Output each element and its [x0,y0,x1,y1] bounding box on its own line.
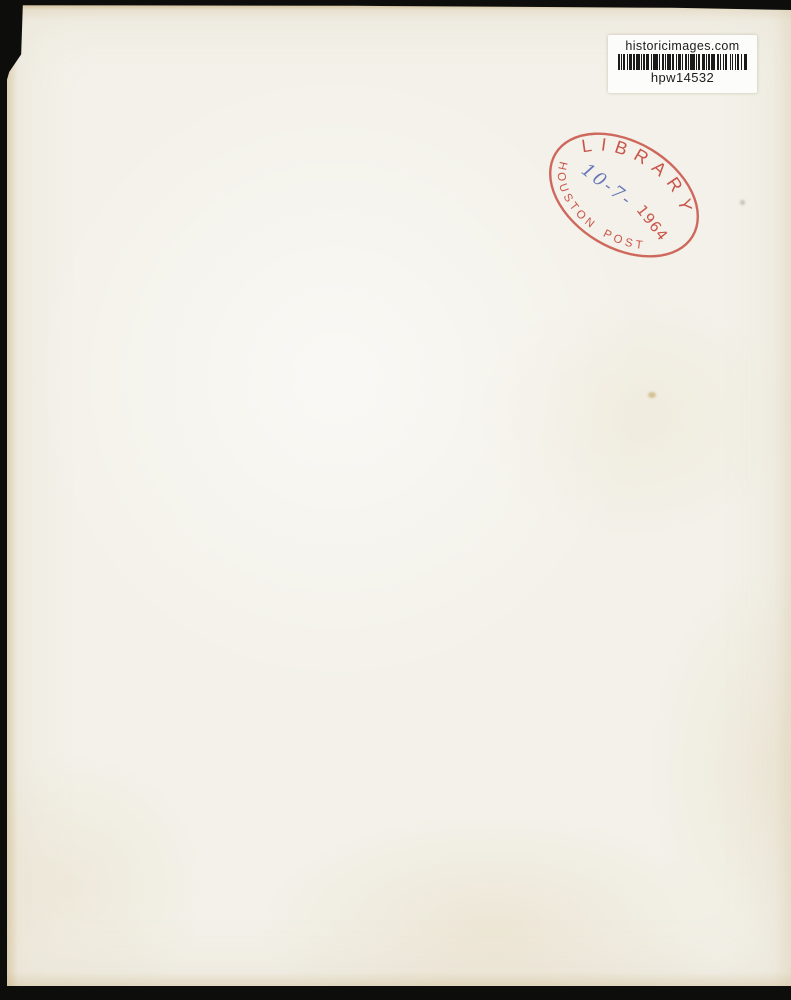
barcode [617,54,748,70]
paper-stain [648,392,656,398]
stamp-year-text: 1964 [633,203,671,245]
paper-stain [740,200,745,205]
sticker-code-text: hpw14532 [608,70,757,85]
handwritten-date: 10-7- [577,159,637,211]
sticker-site-text: historicimages.com [608,39,757,53]
vendor-barcode-sticker: historicimages.com hpw14532 [608,35,757,93]
library-stamp: LIBRARY HOUSTON POST 10-7- 1964 [524,110,724,280]
